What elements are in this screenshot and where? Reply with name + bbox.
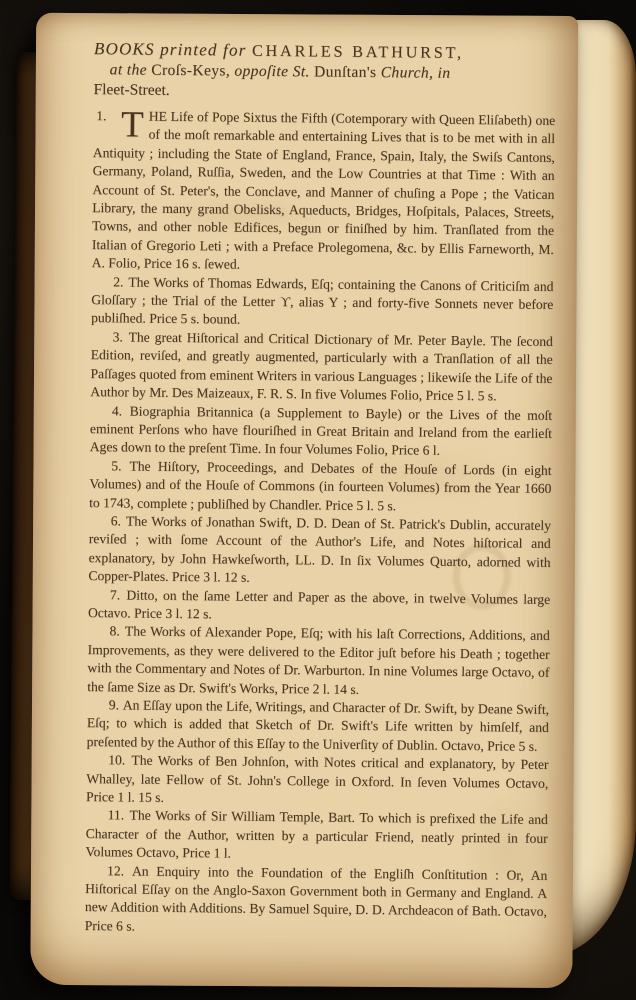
entry-number: 9. — [109, 697, 120, 712]
catalog-entry: 6. The Works of Jonathan Swift, D. D. De… — [88, 512, 551, 590]
catalog-entry: 5. The Hiſtory, Proceedings, and Debates… — [89, 457, 552, 517]
entry-number: 11. — [108, 808, 126, 823]
entry-number: 1. — [93, 107, 120, 126]
entry-number: 4. — [112, 403, 123, 418]
entry-text: HE Life of Pope Sixtus the Fifth (Cotemp… — [92, 109, 556, 272]
catalog-entry: 12. An Enquiry into the Foundation of th… — [85, 862, 548, 940]
entry-number: 6. — [111, 513, 122, 528]
header-books-printed-for: BOOKS printed for — [94, 39, 252, 60]
entry-text: The Hiſtory, Proceedings, and Debates of… — [89, 458, 552, 513]
entry-number: 2. — [113, 274, 124, 289]
entry-text: The Works of Sir William Temple, Bart. T… — [85, 808, 548, 861]
entry-text: The Works of Ben Johnſon, with Notes cri… — [86, 753, 549, 805]
entry-text: The great Hiſtorical and Critical Dictio… — [90, 329, 553, 403]
book-page: BOOKS printed for CHARLES BATHURST, at t… — [30, 13, 578, 988]
entry-number: 5. — [111, 458, 122, 473]
entry-number: 12. — [107, 863, 125, 878]
entry-text: Biographia Britannica (a Supplement to B… — [90, 403, 553, 458]
entry-text: The Works of Thomas Edwards, Eſq; contai… — [91, 274, 554, 327]
drop-cap: T — [120, 107, 149, 140]
entry-text: Ditto, on the ſame Letter and Paper as t… — [88, 587, 550, 621]
catalog-entry: 4. Biographia Britannica (a Supplement t… — [90, 402, 553, 462]
catalog-entry: 11. The Works of Sir William Temple, Bar… — [85, 807, 548, 867]
catalog-entry: 3. The great Hiſtorical and Critical Dic… — [90, 328, 553, 406]
photo-background: BOOKS printed for CHARLES BATHURST, at t… — [0, 0, 636, 1000]
header-line-3: Fleet-Street. — [93, 80, 555, 105]
entry-number: 7. — [110, 587, 121, 602]
catalog-entry: 8. The Works of Alexander Pope, Eſq; wit… — [87, 622, 550, 700]
catalog-entry: 10. The Works of Ben Johnſon, with Notes… — [86, 751, 549, 811]
entry-text: The Works of Jonathan Swift, D. D. Dean … — [88, 513, 551, 585]
entry-number: 8. — [110, 624, 121, 639]
entry-text: An Eſſay upon the Life, Writings, and Ch… — [87, 697, 550, 753]
entry-text: An Enquiry into the Foundation of the En… — [85, 863, 548, 933]
header-publisher-name: CHARLES BATHURST, — [252, 42, 464, 62]
entry-number: 3. — [113, 329, 124, 344]
catalog-entry: 2. The Works of Thomas Edwards, Eſq; con… — [91, 273, 554, 333]
catalog-header: BOOKS printed for CHARLES BATHURST, at t… — [93, 38, 556, 105]
catalog-entry: 1.THE Life of Pope Sixtus the Fifth (Cot… — [92, 107, 556, 277]
catalog-entry: 7. Ditto, on the ſame Letter and Paper a… — [88, 586, 550, 628]
catalog-entry: 9. An Eſſay upon the Life, Writings, and… — [87, 696, 550, 756]
entry-number: 10. — [108, 753, 126, 768]
entry-text: The Works of Alexander Pope, Eſq; with h… — [87, 624, 550, 697]
page-text: BOOKS printed for CHARLES BATHURST, at t… — [85, 38, 556, 940]
